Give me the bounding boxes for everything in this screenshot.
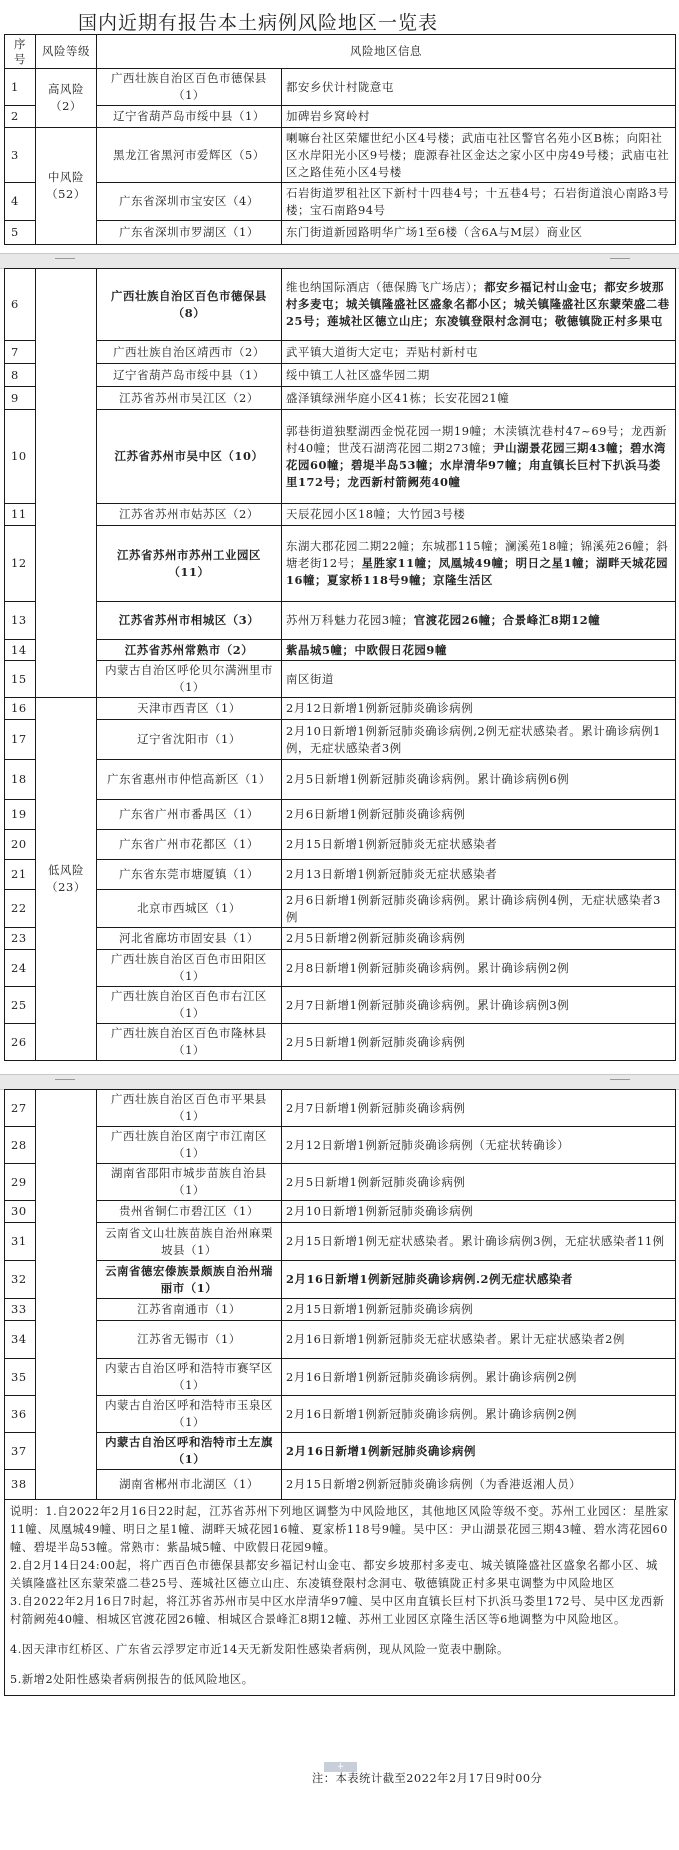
table-row: 29 湖南省邵阳市城步苗族自治县（1） 2月5日新增1例新冠肺炎确诊病例 <box>5 1164 676 1201</box>
info-bold: 官渡花园26幢；合景峰汇8期12幢 <box>414 613 601 627</box>
row-info: 2月5日新增2例新冠肺炎确诊病例 <box>282 928 676 950</box>
table-row: 38 湖南省郴州市北湖区（1） 2月15日新增2例新冠肺炎确诊病例（为香港返湘人… <box>5 1470 676 1500</box>
row-info: 紫晶城5幢；中欧假日花园9幢 <box>282 640 676 661</box>
table-row: 22 北京市西城区（1） 2月6日新增1例新冠肺炎确诊病例。累计确诊病例4例，无… <box>5 890 676 928</box>
row-no: 16 <box>5 698 36 720</box>
row-no: 34 <box>5 1321 36 1359</box>
row-info: 盛泽镇绿洲华庭小区41栋；长安花园21幢 <box>282 387 676 410</box>
row-info: 维也纳国际酒店（德保腾飞广场店）；都安乡福记村山金屯；都安乡坡那村多麦屯；城关镇… <box>282 269 676 341</box>
row-area: 辽宁省沈阳市（1） <box>97 720 282 760</box>
table-row: 21 广东省东莞市塘厦镇（1） 2月13日新增1例新冠肺炎无症状感染者 <box>5 860 676 890</box>
row-area: 云南省德宏傣族景颇族自治州瑞丽市（1） <box>97 1261 282 1299</box>
row-no: 37 <box>5 1433 36 1470</box>
table-row: 1 高风险（2） 广西壮族自治区百色市德保县（1） 都安乡伏计村陇意屯 <box>5 69 676 106</box>
row-area: 天津市西青区（1） <box>97 698 282 720</box>
row-no: 33 <box>5 1299 36 1321</box>
row-no: 25 <box>5 987 36 1024</box>
row-area: 内蒙古自治区呼和浩特市玉泉区（1） <box>97 1396 282 1433</box>
row-no: 12 <box>5 526 36 602</box>
row-info: 2月12日新增1例新冠肺炎确诊病例 <box>282 698 676 720</box>
row-area: 广西壮族自治区百色市平果县（1） <box>97 1090 282 1127</box>
table-row: 16 低风险（23） 天津市西青区（1） 2月12日新增1例新冠肺炎确诊病例 <box>5 698 676 720</box>
row-info: 2月15日新增2例新冠肺炎确诊病例（为香港返湘人员） <box>282 1470 676 1500</box>
row-area: 江苏省苏州市苏州工业园区（11） <box>97 526 282 602</box>
row-info: 绥中镇工人社区盛华园二期 <box>282 364 676 387</box>
row-no: 32 <box>5 1261 36 1299</box>
row-no: 30 <box>5 1201 36 1223</box>
row-area: 广西壮族自治区百色市德保县（1） <box>97 69 282 106</box>
row-area: 江苏省苏州市吴江区（2） <box>97 387 282 410</box>
table-row: 26 广西壮族自治区百色市隆林县（1） 2月5日新增1例新冠肺炎确诊病例 <box>5 1024 676 1061</box>
row-area: 北京市西城区（1） <box>97 890 282 928</box>
row-info: 郭巷街道独墅湖西金悦花园一期19幢；木渎镇沈巷村47~69号；龙西新村40幢；世… <box>282 410 676 504</box>
table-row: 6 广西壮族自治区百色市德保县（8） 维也纳国际酒店（德保腾飞广场店）；都安乡福… <box>5 269 676 341</box>
row-area: 辽宁省葫芦岛市绥中县（1） <box>97 106 282 128</box>
row-area: 江苏省苏州市吴中区（10） <box>97 410 282 504</box>
row-info: 武平镇大道街大定屯；弄贴村新村屯 <box>282 341 676 364</box>
level-low: 低风险（23） <box>36 698 97 1061</box>
row-info: 2月12日新增1例新冠肺炎确诊病例（无症状转确诊） <box>282 1127 676 1164</box>
note-4: 4.因天津市红桥区、广东省云浮罗定市近14天无新发阳性感染者病例，现从风险一览表… <box>10 1641 669 1659</box>
row-info: 2月6日新增1例新冠肺炎确诊病例 <box>282 800 676 830</box>
table-row: 30 贵州省铜仁市碧江区（1） 2月10日新增1例新冠肺炎确诊病例 <box>5 1201 676 1223</box>
row-area: 广西壮族自治区南宁市江南区（1） <box>97 1127 282 1164</box>
row-no: 20 <box>5 830 36 860</box>
row-no: 3 <box>5 128 36 183</box>
table-page-3: 27 广西壮族自治区百色市平果县（1） 2月7日新增1例新冠肺炎确诊病例 28 … <box>4 1089 675 1696</box>
row-info: 东门街道新园路明华广场1至6楼（含6A与M层）商业区 <box>282 221 676 245</box>
table-row: 3 中风险（52） 黑龙江省黑河市爱辉区（5） 喇嘛台社区荣耀世纪小区4号楼；武… <box>5 128 676 183</box>
level-medium-continued <box>36 269 97 698</box>
row-info: 2月7日新增1例新冠肺炎确诊病例。累计确诊病例3例 <box>282 987 676 1024</box>
row-area: 广西壮族自治区靖西市（2） <box>97 341 282 364</box>
table-row: 24 广西壮族自治区百色市田阳区（1） 2月8日新增1例新冠肺炎确诊病例。累计确… <box>5 950 676 987</box>
row-area: 江苏省苏州市姑苏区（2） <box>97 504 282 526</box>
row-info: 都安乡伏计村陇意屯 <box>282 69 676 106</box>
info-plain: 维也纳国际酒店（德保腾飞广场店）； <box>286 280 484 294</box>
row-info: 喇嘛台社区荣耀世纪小区4号楼；武庙屯社区警官名苑小区B栋；向阳社区水岸阳光小区9… <box>282 128 676 183</box>
row-info: 2月6日新增1例新冠肺炎确诊病例。累计确诊病例4例，无症状感染者3例 <box>282 890 676 928</box>
row-area: 广西壮族自治区百色市德保县（8） <box>97 269 282 341</box>
note-2: 2.自2月14日24:00起，将广西百色市德保县都安乡福记村山金屯、都安乡坡那村… <box>10 1557 669 1593</box>
row-info: 2月15日新增1例新冠肺炎无症状感染者 <box>282 830 676 860</box>
row-no: 19 <box>5 800 36 830</box>
row-no: 6 <box>5 269 36 341</box>
row-no: 35 <box>5 1359 36 1396</box>
table-row: 5 广东省深圳市罗湖区（1） 东门街道新园路明华广场1至6楼（含6A与M层）商业… <box>5 221 676 245</box>
table-row: 7 广西壮族自治区靖西市（2） 武平镇大道街大定屯；弄贴村新村屯 <box>5 341 676 364</box>
row-area: 贵州省铜仁市碧江区（1） <box>97 1201 282 1223</box>
row-no: 31 <box>5 1223 36 1261</box>
row-no: 10 <box>5 410 36 504</box>
table-row: 34 江苏省无锡市（1） 2月16日新增1例新冠肺炎无症状感染者。累计无症状感染… <box>5 1321 676 1359</box>
row-no: 27 <box>5 1090 36 1127</box>
row-no: 4 <box>5 183 36 221</box>
risk-table-part-3: 27 广西壮族自治区百色市平果县（1） 2月7日新增1例新冠肺炎确诊病例 28 … <box>4 1089 676 1500</box>
row-info: 天辰花园小区18幢；大竹园3号楼 <box>282 504 676 526</box>
row-area: 内蒙古自治区呼和浩特市土左旗（1） <box>97 1433 282 1470</box>
table-row: 15 内蒙古自治区呼伦贝尔满洲里市（1） 南区街道 <box>5 661 676 698</box>
table-row: 35 内蒙古自治区呼和浩特市赛罕区（1） 2月16日新增1例新冠肺炎确诊病例。累… <box>5 1359 676 1396</box>
row-no: 21 <box>5 860 36 890</box>
row-no: 15 <box>5 661 36 698</box>
row-area: 广东省东莞市塘厦镇（1） <box>97 860 282 890</box>
page-break <box>0 253 679 269</box>
row-info: 2月5日新增1例新冠肺炎确诊病例 <box>282 1024 676 1061</box>
page-break <box>0 1074 679 1090</box>
row-no: 22 <box>5 890 36 928</box>
table-page-2: 6 广西壮族自治区百色市德保县（8） 维也纳国际酒店（德保腾飞广场店）；都安乡福… <box>4 268 675 1061</box>
row-info: 2月7日新增1例新冠肺炎确诊病例 <box>282 1090 676 1127</box>
row-no: 29 <box>5 1164 36 1201</box>
row-no: 36 <box>5 1396 36 1433</box>
level-low-continued <box>36 1090 97 1500</box>
row-area: 广西壮族自治区百色市右江区（1） <box>97 987 282 1024</box>
table-row: 31 云南省文山壮族苗族自治州麻栗坡县（1） 2月15日新增1例无症状感染者。累… <box>5 1223 676 1261</box>
table-row: 23 河北省廊坊市固安县（1） 2月5日新增2例新冠肺炎确诊病例 <box>5 928 676 950</box>
risk-table-part-1: 序号 风险等级 风险地区信息 1 高风险（2） 广西壮族自治区百色市德保县（1）… <box>4 34 676 245</box>
page-title: 国内近期有报告本土病例风险地区一览表 <box>0 8 679 35</box>
row-info: 2月16日新增1例新冠肺炎确诊病例 <box>282 1433 676 1470</box>
table-row: 20 广东省广州市花都区（1） 2月15日新增1例新冠肺炎无症状感染者 <box>5 830 676 860</box>
row-no: 7 <box>5 341 36 364</box>
table-page-1: 序号 风险等级 风险地区信息 1 高风险（2） 广西壮族自治区百色市德保县（1）… <box>4 34 675 245</box>
row-no: 18 <box>5 760 36 800</box>
row-area: 内蒙古自治区呼和浩特市赛罕区（1） <box>97 1359 282 1396</box>
row-info: 2月15日新增1例无症状感染者。累计确诊病例3例，无症状感染者11例 <box>282 1223 676 1261</box>
row-no: 13 <box>5 602 36 640</box>
row-no: 8 <box>5 364 36 387</box>
row-area: 河北省廊坊市固安县（1） <box>97 928 282 950</box>
row-area: 辽宁省葫芦岛市绥中县（1） <box>97 364 282 387</box>
table-row: 27 广西壮族自治区百色市平果县（1） 2月7日新增1例新冠肺炎确诊病例 <box>5 1090 676 1127</box>
table-row: 14 江苏省苏州常熟市（2） 紫晶城5幢；中欧假日花园9幢 <box>5 640 676 661</box>
row-no: 17 <box>5 720 36 760</box>
page-corner-mark <box>55 258 75 264</box>
row-info: 2月16日新增1例新冠肺炎确诊病例。累计确诊病例2例 <box>282 1359 676 1396</box>
notes-block: 说明：1.自2022年2月16日22时起，江苏省苏州下列地区调整为中风险地区，其… <box>4 1500 675 1696</box>
table-row: 36 内蒙古自治区呼和浩特市玉泉区（1） 2月16日新增1例新冠肺炎确诊病例。累… <box>5 1396 676 1433</box>
row-info: 2月5日新增1例新冠肺炎确诊病例 <box>282 1164 676 1201</box>
table-row: 12 江苏省苏州市苏州工业园区（11） 东湖大郡花园二期22幢；东城郡115幢；… <box>5 526 676 602</box>
row-info: 2月16日新增1例新冠肺炎无症状感染者。累计无症状感染者2例 <box>282 1321 676 1359</box>
row-info: 2月16日新增1例新冠肺炎确诊病例。累计确诊病例2例 <box>282 1396 676 1433</box>
page-corner-mark <box>610 1079 630 1085</box>
table-row: 32 云南省德宏傣族景颇族自治州瑞丽市（1） 2月16日新增1例新冠肺炎确诊病例… <box>5 1261 676 1299</box>
row-area: 湖南省邵阳市城步苗族自治县（1） <box>97 1164 282 1201</box>
row-no: 23 <box>5 928 36 950</box>
row-area: 内蒙古自治区呼伦贝尔满洲里市（1） <box>97 661 282 698</box>
note-5: 5.新增2处阳性感染者病例报告的低风险地区。 <box>10 1671 669 1689</box>
table-row: 28 广西壮族自治区南宁市江南区（1） 2月12日新增1例新冠肺炎确诊病例（无症… <box>5 1127 676 1164</box>
row-info: 苏州万科魅力花园3幢；官渡花园26幢；合景峰汇8期12幢 <box>282 602 676 640</box>
table-row: 11 江苏省苏州市姑苏区（2） 天辰花园小区18幢；大竹园3号楼 <box>5 504 676 526</box>
row-no: 38 <box>5 1470 36 1500</box>
table-row: 8 辽宁省葫芦岛市绥中县（1） 绥中镇工人社区盛华园二期 <box>5 364 676 387</box>
level-medium: 中风险（52） <box>36 128 97 245</box>
page-corner-mark <box>610 258 630 264</box>
row-area: 江苏省苏州常熟市（2） <box>97 640 282 661</box>
row-no: 26 <box>5 1024 36 1061</box>
row-info: 2月10日新增1例新冠肺炎确诊病例,2例无症状感染者。累计确诊病例1例，无症状感… <box>282 720 676 760</box>
table-row: 10 江苏省苏州市吴中区（10） 郭巷街道独墅湖西金悦花园一期19幢；木渎镇沈巷… <box>5 410 676 504</box>
row-area: 广东省深圳市罗湖区（1） <box>97 221 282 245</box>
row-area: 广西壮族自治区百色市隆林县（1） <box>97 1024 282 1061</box>
row-area: 黑龙江省黑河市爱辉区（5） <box>97 128 282 183</box>
table-row: 33 江苏省南通市（1） 2月15日新增1例新冠肺炎确诊病例 <box>5 1299 676 1321</box>
row-area: 江苏省南通市（1） <box>97 1299 282 1321</box>
table-row: 17 辽宁省沈阳市（1） 2月10日新增1例新冠肺炎确诊病例,2例无症状感染者。… <box>5 720 676 760</box>
info-plain: 苏州万科魅力花园3幢； <box>286 613 414 627</box>
note-1: 说明：1.自2022年2月16日22时起，江苏省苏州下列地区调整为中风险地区，其… <box>10 1503 669 1557</box>
row-info: 2月5日新增1例新冠肺炎确诊病例。累计确诊病例6例 <box>282 760 676 800</box>
row-area: 湖南省郴州市北湖区（1） <box>97 1470 282 1500</box>
row-no: 1 <box>5 69 36 106</box>
row-no: 14 <box>5 640 36 661</box>
row-no: 24 <box>5 950 36 987</box>
row-no: 28 <box>5 1127 36 1164</box>
row-info: 2月8日新增1例新冠肺炎确诊病例。累计确诊病例2例 <box>282 950 676 987</box>
row-area: 广西壮族自治区百色市田阳区（1） <box>97 950 282 987</box>
table-row: 2 辽宁省葫芦岛市绥中县（1） 加碑岩乡窝岭村 <box>5 106 676 128</box>
table-row: 13 江苏省苏州市相城区（3） 苏州万科魅力花园3幢；官渡花园26幢；合景峰汇8… <box>5 602 676 640</box>
row-info: 石岩街道罗租社区下新村十四巷4号；十五巷4号；石岩街道浪心南路3号楼；宝石南路9… <box>282 183 676 221</box>
row-no: 5 <box>5 221 36 245</box>
table-header-row: 序号 风险等级 风险地区信息 <box>5 35 676 69</box>
table-row: 18 广东省惠州市仲恺高新区（1） 2月5日新增1例新冠肺炎确诊病例。累计确诊病… <box>5 760 676 800</box>
row-area: 广东省惠州市仲恺高新区（1） <box>97 760 282 800</box>
level-high: 高风险（2） <box>36 69 97 128</box>
row-area: 广东省深圳市宝安区（4） <box>97 183 282 221</box>
footer-note: 注：本表统计截至2022年2月17日9时00分 <box>312 1770 542 1786</box>
row-info: 南区街道 <box>282 661 676 698</box>
row-area: 广东省广州市番禺区（1） <box>97 800 282 830</box>
row-info: 2月10日新增1例新冠肺炎确诊病例 <box>282 1201 676 1223</box>
table-row: 9 江苏省苏州市吴江区（2） 盛泽镇绿洲华庭小区41栋；长安花园21幢 <box>5 387 676 410</box>
risk-table-part-2: 6 广西壮族自治区百色市德保县（8） 维也纳国际酒店（德保腾飞广场店）；都安乡福… <box>4 268 676 1061</box>
row-info: 2月15日新增1例新冠肺炎确诊病例 <box>282 1299 676 1321</box>
page-corner-mark <box>55 1079 75 1085</box>
row-info: 2月13日新增1例新冠肺炎无症状感染者 <box>282 860 676 890</box>
table-row: 19 广东省广州市番禺区（1） 2月6日新增1例新冠肺炎确诊病例 <box>5 800 676 830</box>
row-area: 江苏省无锡市（1） <box>97 1321 282 1359</box>
table-row: 37 内蒙古自治区呼和浩特市土左旗（1） 2月16日新增1例新冠肺炎确诊病例 <box>5 1433 676 1470</box>
row-info: 加碑岩乡窝岭村 <box>282 106 676 128</box>
row-area: 广东省广州市花都区（1） <box>97 830 282 860</box>
header-no: 序号 <box>5 35 36 69</box>
table-row: 25 广西壮族自治区百色市右江区（1） 2月7日新增1例新冠肺炎确诊病例。累计确… <box>5 987 676 1024</box>
table-row: 4 广东省深圳市宝安区（4） 石岩街道罗租社区下新村十四巷4号；十五巷4号；石岩… <box>5 183 676 221</box>
row-area: 江苏省苏州市相城区（3） <box>97 602 282 640</box>
header-info: 风险地区信息 <box>97 35 676 69</box>
row-info: 东湖大郡花园二期22幢；东城郡115幢；澜溪苑18幢；锦溪苑26幢；斜塘老街12… <box>282 526 676 602</box>
header-level: 风险等级 <box>36 35 97 69</box>
row-no: 2 <box>5 106 36 128</box>
row-no: 11 <box>5 504 36 526</box>
note-3: 3.自2022年2月16日7时起，将江苏省苏州市吴中区水岸清华97幢、吴中区甪直… <box>10 1593 669 1629</box>
row-info: 2月16日新增1例新冠肺炎确诊病例.2例无症状感染者 <box>282 1261 676 1299</box>
row-no: 9 <box>5 387 36 410</box>
row-area: 云南省文山壮族苗族自治州麻栗坡县（1） <box>97 1223 282 1261</box>
